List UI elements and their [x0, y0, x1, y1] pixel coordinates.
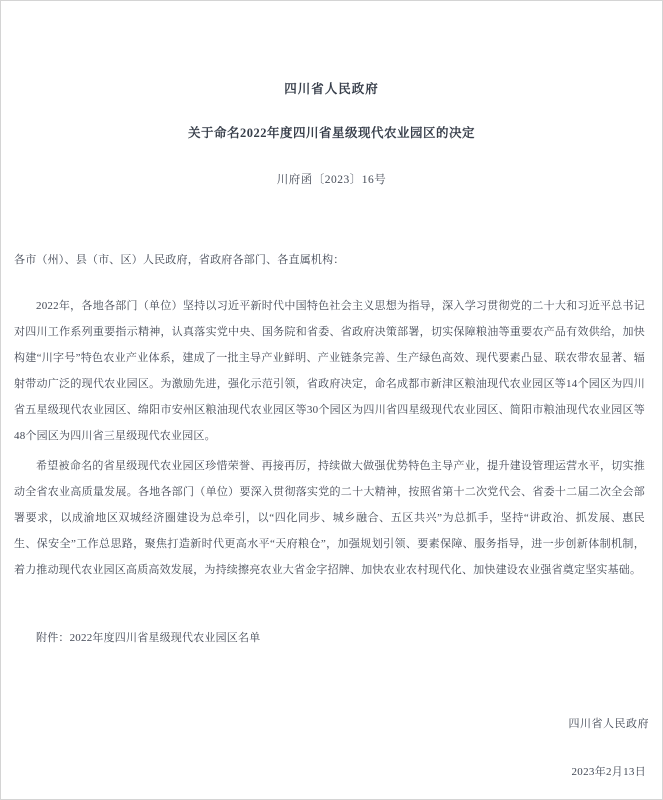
body-paragraph-2: 希望被命名的省星级现代农业园区珍惜荣誉、再接再厉，持续做大做强优势特色主导产业，…: [14, 453, 645, 583]
document-title: 关于命名2022年度四川省星级现代农业园区的决定: [1, 123, 662, 141]
signature-org: 四川省人民政府: [14, 711, 649, 737]
document-page: 四川省人民政府 关于命名2022年度四川省星级现代农业园区的决定 川府函〔202…: [0, 0, 663, 800]
body-paragraph-1: 2022年，各地各部门（单位）坚持以习近平新时代中国特色社会主义思想为指导，深入…: [14, 293, 645, 449]
document-number: 川府函〔2023〕16号: [1, 171, 662, 187]
salutation-line: 各市（州）、县（市、区）人民政府，省政府各部门、各直属机构：: [14, 247, 645, 273]
signature-date: 2023年2月13日: [14, 759, 646, 785]
issuing-org-title: 四川省人民政府: [1, 79, 662, 97]
attachment-line: 附件：2022年度四川省星级现代农业园区名单: [36, 625, 645, 651]
